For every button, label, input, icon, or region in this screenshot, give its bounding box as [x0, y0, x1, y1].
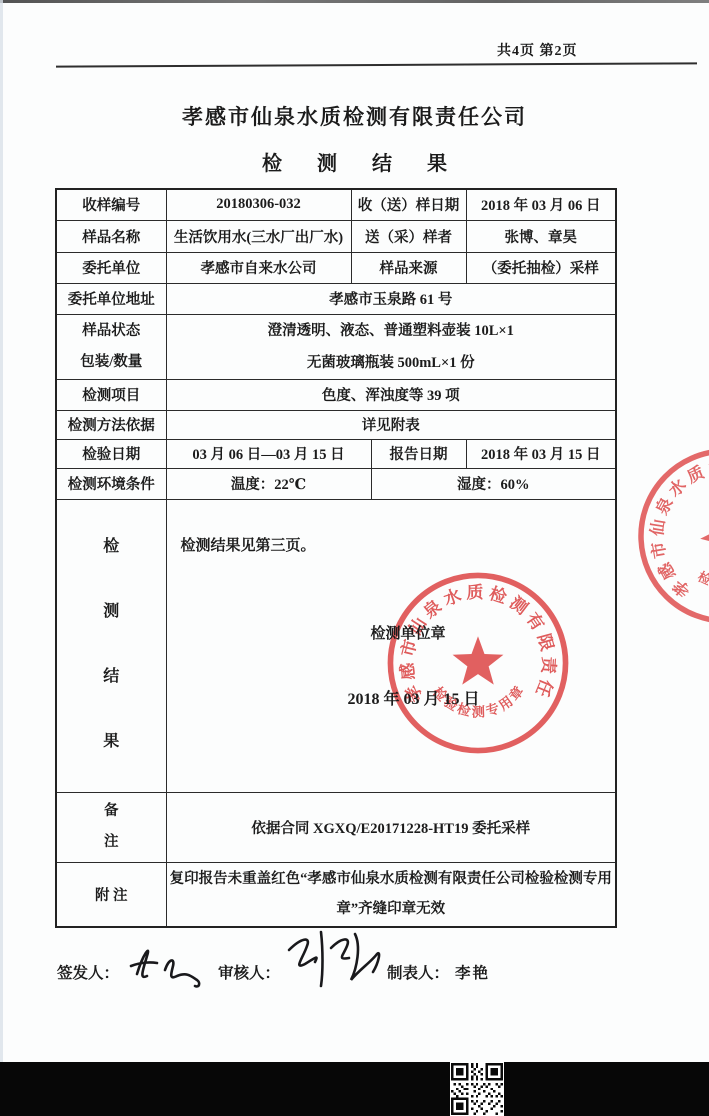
- table-row: 样品名称 生活饮用水(三水厂出厂水) 送（采）样者 张博、章昊: [56, 220, 616, 252]
- seal-date: 2018 年 03 月 15 日: [348, 686, 480, 709]
- receive-date-label: 收（送）样日期: [351, 189, 466, 220]
- client-value: 孝感市自来水公司: [166, 252, 351, 283]
- remark-label-char: 注: [59, 827, 164, 858]
- result-label-char: 果: [103, 728, 119, 751]
- sample-state-label: 样品状态 包装/数量: [56, 314, 166, 379]
- client-address-value: 孝感市玉泉路 61 号: [166, 283, 616, 314]
- result-label: 检 测 结 果: [56, 499, 166, 792]
- report-subtitle: 检 测 结 果: [0, 147, 709, 176]
- reviewer-signature: [281, 924, 389, 994]
- scan-footer-black-strip: [0, 1062, 709, 1116]
- page-number-indicator: 共4页 第2页: [497, 40, 627, 60]
- sample-state-value: 澄清透明、液态、普通塑料壶装 10L×1 无菌玻璃瓶装 500mL×1 份: [166, 314, 616, 379]
- table-row: 检验日期 03 月 06 日—03 月 15 日 报告日期 2018 年 03 …: [56, 439, 616, 468]
- table-row: 样品状态 包装/数量 澄清透明、液态、普通塑料壶装 10L×1 无菌玻璃瓶装 5…: [56, 314, 616, 379]
- table-row-result: 检 测 结 果 检测结果见第三页。 检测单位章 2018 年 03 月 15 日…: [56, 499, 616, 792]
- sample-state-label-line1: 样品状态: [59, 316, 164, 347]
- company-seal-stamp: 孝感市仙泉水质检测有限责任公司 检验检测专用章: [375, 560, 581, 766]
- report-date-label: 报告日期: [371, 439, 466, 468]
- result-label-char: 检: [103, 533, 119, 556]
- result-cell: 检测结果见第三页。 检测单位章 2018 年 03 月 15 日 孝感市仙泉水质…: [166, 499, 616, 792]
- test-date-value: 03 月 06 日—03 月 15 日: [166, 439, 371, 468]
- report-table: 收样编号 20180306-032 收（送）样日期 2018 年 03 月 06…: [55, 188, 617, 928]
- scanned-report-page: 共4页 第2页 孝感市仙泉水质检测有限责任公司 检 测 结 果 收样编号 201…: [0, 0, 709, 1116]
- result-label-char: 测: [103, 598, 119, 621]
- table-row: 收样编号 20180306-032 收（送）样日期 2018 年 03 月 06…: [56, 189, 616, 220]
- method-label: 检测方法依据: [56, 410, 166, 439]
- stamp-star-icon: [693, 502, 709, 565]
- preparer-name: 李艳: [455, 961, 490, 983]
- sample-name-label: 样品名称: [56, 220, 166, 252]
- result-label-char: 结: [103, 663, 119, 686]
- sample-no-label: 收样编号: [56, 189, 166, 220]
- header-rule: [56, 62, 697, 67]
- remark-label-char: 备: [59, 796, 164, 827]
- svg-text:检验检测专用章: 检验检测专用章: [691, 533, 709, 606]
- preparer-label: 制表人：: [387, 961, 449, 983]
- sender-value: 张博、章昊: [466, 220, 616, 252]
- sample-name-value: 生活饮用水(三水厂出厂水): [166, 220, 351, 252]
- method-value: 详见附表: [166, 410, 616, 439]
- remark-value: 依据合同 XGXQ/E20171228-HT19 委托采样: [166, 792, 616, 862]
- table-row: 检测项目 色度、浑浊度等 39 项: [56, 379, 616, 410]
- temperature-value: 温度：22℃: [166, 468, 371, 499]
- issuer-signature: [117, 936, 217, 994]
- remark-label: 备 注: [56, 792, 166, 862]
- sample-state-label-line2: 包装/数量: [59, 347, 164, 378]
- reviewer-label: 审核人：: [218, 961, 280, 983]
- client-label: 委托单位: [56, 252, 166, 283]
- table-row: 检测方法依据 详见附表: [56, 410, 616, 439]
- sample-no-value: 20180306-032: [166, 189, 351, 220]
- table-row: 委托单位地址 孝感市玉泉路 61 号: [56, 283, 616, 314]
- table-row: 附 注 复印报告未重盖红色“孝感市仙泉水质检测有限责任公司检验检测专用章”齐缝印…: [56, 862, 616, 927]
- table-row: 备 注 依据合同 XGXQ/E20171228-HT19 委托采样: [56, 792, 616, 862]
- table-row: 检测环境条件 温度：22℃ 湿度：60%: [56, 468, 616, 499]
- sample-state-line1: 澄清透明、液态、普通塑料壶装 10L×1: [169, 315, 614, 347]
- issuer-label: 签发人：: [57, 961, 119, 983]
- result-text: 检测结果见第三页。: [181, 534, 316, 555]
- sample-state-line2: 无菌玻璃瓶装 500mL×1 份: [169, 347, 614, 379]
- source-label: 样品来源: [351, 252, 466, 283]
- items-value: 色度、浑浊度等 39 项: [166, 379, 616, 410]
- signature-row: 签发人： 审核人： 制表人： 李艳: [55, 930, 655, 1000]
- items-label: 检测项目: [56, 379, 166, 410]
- env-label: 检测环境条件: [56, 468, 166, 499]
- source-value: （委托抽检）采样: [466, 252, 616, 283]
- note-label: 附 注: [56, 862, 166, 927]
- stamp-star-icon: [452, 636, 503, 684]
- receive-date-value: 2018 年 03 月 06 日: [466, 189, 616, 220]
- note-value: 复印报告未重盖红色“孝感市仙泉水质检测有限责任公司检验检测专用章”齐缝印章无效: [166, 862, 616, 927]
- qr-code: [450, 1062, 504, 1116]
- scan-artifact-top: [0, 0, 709, 3]
- unit-seal-label: 检测单位章: [371, 622, 446, 643]
- report-date-value: 2018 年 03 月 15 日: [466, 439, 616, 468]
- test-date-label: 检验日期: [56, 439, 166, 468]
- humidity-value: 湿度：60%: [371, 468, 616, 499]
- sender-label: 送（采）样者: [351, 220, 466, 252]
- stamp-inner-text: 检验检测专用章: [691, 533, 709, 606]
- client-address-label: 委托单位地址: [56, 283, 166, 314]
- company-title: 孝感市仙泉水质检测有限责任公司: [0, 101, 709, 131]
- table-row: 委托单位 孝感市自来水公司 样品来源 （委托抽检）采样: [56, 252, 616, 283]
